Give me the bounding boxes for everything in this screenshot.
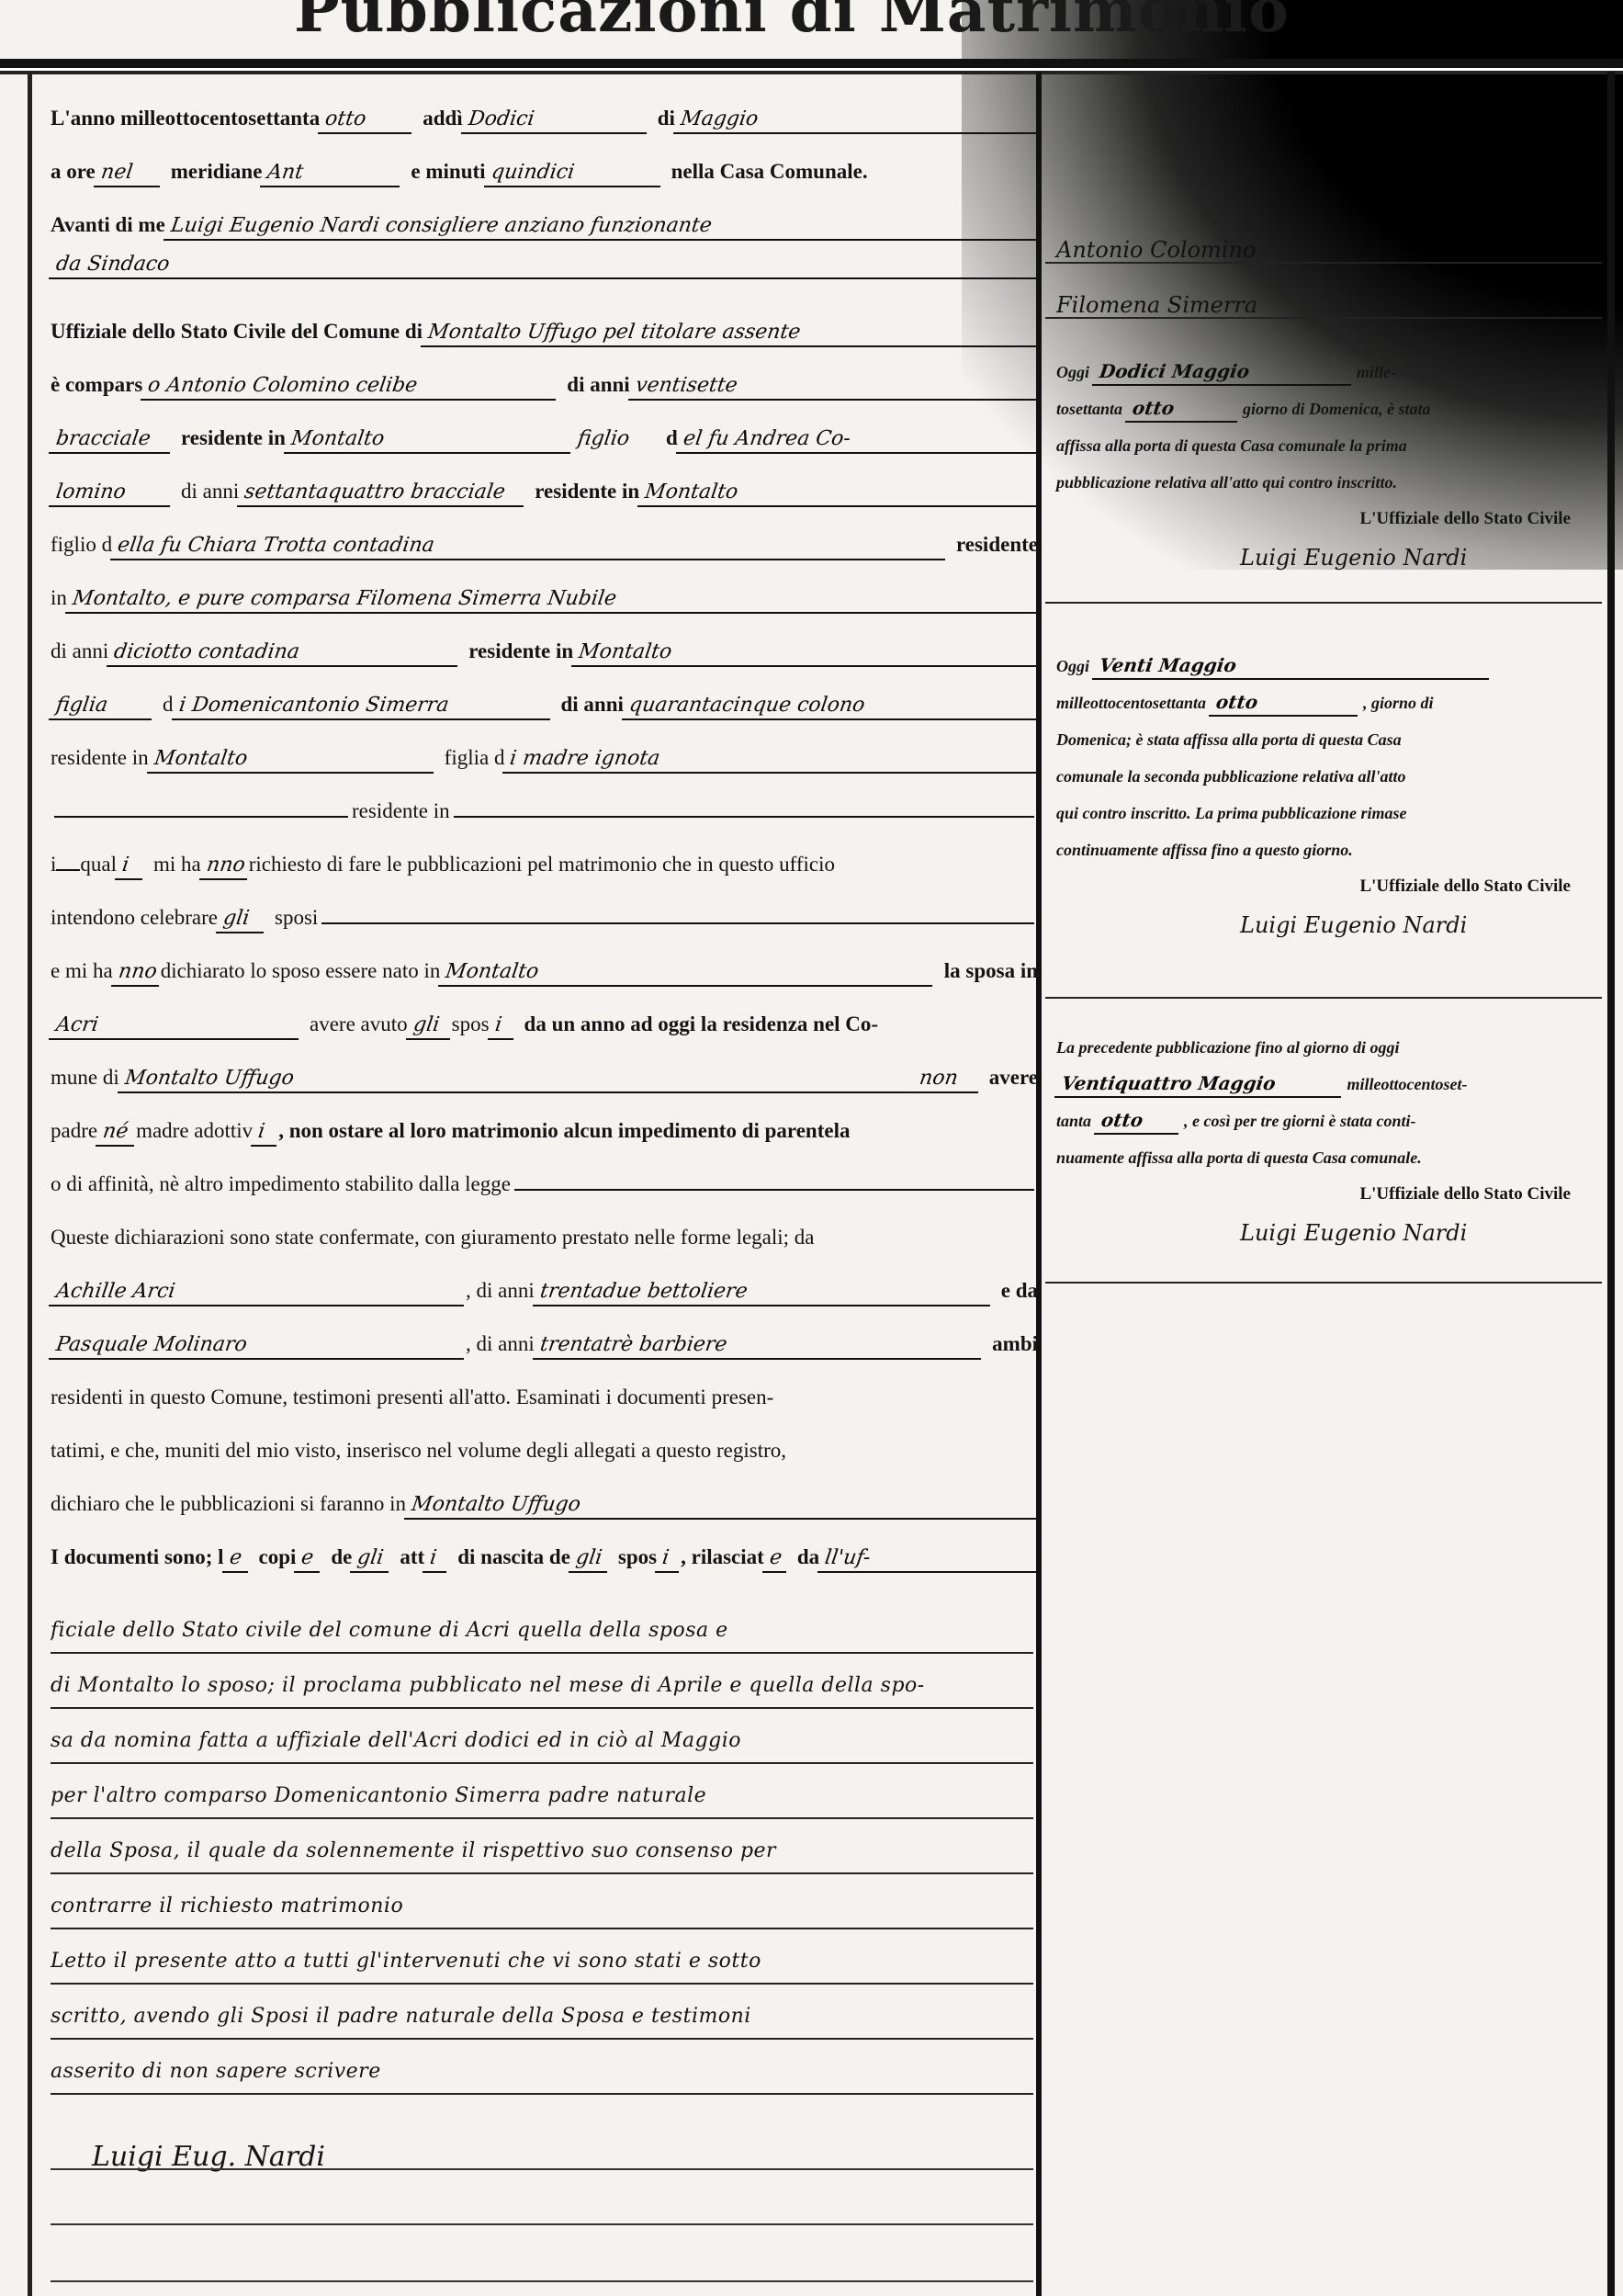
handwritten-groom-occupation: bracciale: [49, 426, 174, 454]
printed-text: d: [163, 678, 174, 731]
ruled-line: [51, 2280, 1033, 2282]
handwritten-text: gli: [350, 1545, 392, 1573]
handwritten-text: ll'uf-: [817, 1545, 1040, 1573]
act-line-affinity: o di affinità, nè altro impedimento stab…: [51, 1158, 1038, 1211]
printed-text: da un anno ad oggi la residenza nel Co-: [524, 998, 879, 1051]
printed-text: Avanti di me: [51, 198, 165, 252]
act-line-bride-mother: residente in Montalto figlia d i madre i…: [51, 731, 1038, 785]
printed-text: è compars: [51, 358, 142, 412]
officer-label: L'Uffiziale dello Stato Civile: [1056, 1176, 1598, 1213]
act-line-bride-father: figlia d i Domenicantonio Simerra di ann…: [51, 678, 1038, 731]
handwritten-officer-name: Luigi Eugenio Nardi consigliere anziano …: [163, 213, 1040, 241]
printed-text: o di affinità, nè altro impedimento stab…: [51, 1158, 511, 1211]
handwritten-text: i: [423, 1545, 450, 1573]
top-rule: [0, 59, 1623, 71]
printed-text: , non ostare al loro matrimonio alcun im…: [278, 1104, 850, 1158]
printed-text: continuamente affissa fino a questo gior…: [1056, 831, 1598, 868]
printed-text: att: [400, 1531, 424, 1584]
notes-line: della Sposa, il quale da solennemente il…: [51, 1819, 1033, 1874]
second-publication: Oggi Venti Maggio milleottocentosettanta…: [1056, 648, 1598, 945]
printed-text: residente in: [181, 412, 286, 465]
handwritten-bride-age: diciotto contadina: [107, 639, 461, 667]
printed-text: milleottocentoset-: [1347, 1075, 1468, 1093]
printed-text: ambi: [992, 1318, 1038, 1371]
printed-text: di anni: [561, 678, 624, 731]
printed-text: avere avuto: [310, 998, 408, 1051]
act-line-celebrate: intendono celebrare gli sposi: [51, 891, 1038, 944]
officer-signature: Luigi Eugenio Nardi: [1056, 1213, 1598, 1253]
printed-text: madre adottiv: [136, 1104, 253, 1158]
act-line-impediment: padre né madre adottiv i , non ostare al…: [51, 1104, 1038, 1158]
printed-text: Oggi: [1056, 657, 1089, 675]
printed-text: milleottocentosettanta: [1056, 694, 1206, 712]
ruled-line: [51, 2223, 1033, 2225]
printed-text: La precedente pubblicazione fino al gior…: [1056, 1029, 1598, 1066]
handwritten-year: otto: [1093, 1107, 1181, 1135]
handwritten-text: e: [221, 1545, 251, 1573]
notes-line: contrarre il richiesto matrimonio: [51, 1874, 1033, 1929]
act-line-witness-1: Achille Arci , di anni trentadue bettoli…: [51, 1264, 1038, 1318]
printed-text: di nascita de: [457, 1531, 570, 1584]
printed-text: qual: [80, 838, 117, 891]
handwritten-groom-name: o Antonio Colomino celibe: [141, 373, 559, 401]
handwritten-year: otto: [1124, 395, 1240, 423]
frame-right-border: [1607, 72, 1615, 2296]
printed-text: tanta: [1056, 1112, 1091, 1130]
sidebar-name-groom: Antonio Colomino: [1056, 237, 1256, 263]
handwritten-text: gli: [569, 1545, 611, 1573]
handwritten-bride-father: i Domenicantonio Simerra: [171, 693, 553, 720]
handwritten-month: Maggio: [673, 107, 1040, 134]
handwritten-year: otto: [318, 107, 415, 134]
printed-text: richiesto di fare le pubblicazioni pel m…: [249, 838, 835, 891]
printed-text: sposi: [275, 891, 318, 944]
handwritten-date: Venti Maggio: [1091, 652, 1492, 680]
printed-text: , di anni: [466, 1264, 535, 1318]
handwritten-officer-role: da Sindaco: [49, 252, 1040, 279]
act-line-time: a ore nel meridiane Ant e minuti quindic…: [51, 145, 1038, 198]
handwritten-comune: Montalto Uffugo pel titolare assente: [421, 320, 1040, 347]
act-line-witnesses-residence: residenti in questo Comune, testimoni pr…: [51, 1371, 1038, 1424]
act-line-officer-cont: da Sindaco: [51, 252, 1038, 305]
officer-label: L'Uffiziale dello Stato Civile: [1056, 868, 1598, 905]
handwritten-year: otto: [1208, 689, 1360, 717]
handwritten-groom-mother: ella fu Chiara Trotta contadina: [110, 533, 949, 560]
notes-line: asserito di non sapere scrivere: [51, 2040, 1033, 2095]
printed-text: nuamente affissa alla porta di questa Ca…: [1056, 1139, 1598, 1176]
printed-text: residente in: [51, 731, 149, 785]
act-line-officer: Avanti di me Luigi Eugenio Nardi consigl…: [51, 198, 1038, 252]
ruled-line: [51, 2168, 1033, 2170]
act-line-groom-mother: figlio d ella fu Chiara Trotta contadina…: [51, 518, 1038, 571]
printed-text: a ore: [51, 145, 96, 198]
page-title: Pubblicazioni di Matrimonio: [294, 0, 1290, 46]
handwritten-bride-name: Montalto, e pure comparsa Filomena Simer…: [65, 586, 1040, 614]
printed-text: dichiaro che le pubblicazioni si faranno…: [51, 1477, 406, 1531]
printed-text: di anni: [51, 625, 108, 678]
notes-line: scritto, avendo gli Sposi il padre natur…: [51, 1985, 1033, 2040]
act-line-year: L'anno milleottocentosettanta otto addì …: [51, 92, 1038, 145]
act-line-request: i qual i mi ha nno richiesto di fare le …: [51, 838, 1038, 891]
printed-text: intendono celebrare: [51, 891, 218, 944]
sidebar-rule: [1045, 602, 1602, 604]
printed-text: figlio d: [51, 518, 112, 571]
printed-text: mune di: [51, 1051, 119, 1104]
printed-text: di: [658, 92, 675, 145]
handwritten-father-age: settantaquattro bracciale: [237, 480, 527, 507]
handwritten-witness-2-age: trentatrè barbiere: [533, 1332, 986, 1360]
notes-line: per l'altro comparso Domenicantonio Sime…: [51, 1764, 1033, 1819]
printed-text: Oggi: [1056, 363, 1089, 381]
handwritten-groom-father: el fu Andrea Co-: [676, 426, 1040, 454]
handwritten-text: gli: [216, 906, 267, 933]
frame-left-border: [28, 72, 32, 2296]
printed-text: e mi ha: [51, 944, 113, 998]
handwritten-text: i: [487, 1012, 516, 1040]
act-line-residence: Acri avere avuto gli spos i da un anno a…: [51, 998, 1038, 1051]
act-line-groom: è compars o Antonio Colomino celibe di a…: [51, 358, 1038, 412]
printed-text: avere: [989, 1051, 1038, 1104]
printed-text: Domenica; è stata affissa alla porta di …: [1056, 721, 1598, 758]
act-line-oath: Queste dichiarazioni sono state conferma…: [51, 1211, 1038, 1264]
handwritten-date: Ventiquattro Maggio: [1054, 1070, 1345, 1098]
handwritten-text: i: [115, 853, 146, 880]
handwritten-groom-birthplace: Montalto: [438, 959, 937, 987]
printed-text: copi: [259, 1531, 297, 1584]
handwritten-text: figlio: [570, 426, 668, 452]
printed-text: dichiarato lo sposo essere nato in: [161, 944, 441, 998]
notes-line: Letto il presente atto a tutti gl'interv…: [51, 1929, 1033, 1985]
printed-text: e minuti: [411, 145, 485, 198]
notes-line: di Montalto lo sposo; il proclama pubbli…: [51, 1654, 1033, 1709]
handwritten-bride-birthplace: Acri: [49, 1012, 302, 1040]
act-line-groom-father: lomino di anni settantaquattro bracciale…: [51, 465, 1038, 518]
printed-text: spos: [452, 998, 490, 1051]
printed-text: Queste dichiarazioni sono state conferma…: [51, 1211, 815, 1264]
printed-text: residente: [956, 518, 1038, 571]
handwritten-text: e: [762, 1545, 790, 1573]
printed-text: la sposa in: [944, 944, 1038, 998]
printed-text: mille-: [1357, 363, 1396, 381]
printed-text: figlia d: [445, 731, 505, 785]
sidebar-rule: [1045, 262, 1602, 264]
printed-text: qui contro inscritto. La prima pubblicaz…: [1056, 795, 1598, 831]
sidebar-rule: [1045, 997, 1602, 999]
printed-text: residente in: [352, 785, 450, 838]
printed-text: d: [666, 412, 678, 465]
printed-text: di anni: [567, 358, 629, 412]
handwritten-text: i: [251, 1119, 280, 1147]
act-line-comune: Uffiziale dello Stato Civile del Comune …: [51, 305, 1038, 358]
first-publication: Oggi Dodici Maggio mille- tosettanta ott…: [1056, 354, 1598, 578]
final-publication: La precedente pubblicazione fino al gior…: [1056, 1029, 1598, 1253]
act-line-bride: in Montalto, e pure comparsa Filomena Si…: [51, 571, 1038, 625]
handwritten-minutes: quindici: [483, 160, 663, 187]
handwritten-groom-residence: Montalto: [284, 426, 574, 454]
handwritten-text: lomino: [49, 480, 174, 507]
handwritten-father-residence: Montalto: [637, 480, 1040, 507]
act-line-bride-age: di anni diciotto contadina residente in …: [51, 625, 1038, 678]
printed-text: addì: [423, 92, 462, 145]
printed-text: mi ha: [153, 838, 201, 891]
printed-text: , di anni: [466, 1318, 535, 1371]
handwritten-text: nno: [199, 853, 251, 880]
printed-text: giorno di Domenica, è stata: [1243, 400, 1431, 418]
sidebar-rule: [1045, 317, 1602, 319]
printed-text: comunale la seconda pubblicazione relati…: [1056, 758, 1598, 795]
notes-line: ficiale dello Stato civile del comune di…: [51, 1599, 1033, 1654]
handwritten-groom-age: ventisette: [628, 373, 1041, 401]
handwritten-bride-residence: Montalto: [571, 639, 1040, 667]
printed-text: residente in: [535, 465, 639, 518]
printed-text: pubblicazione relativa all'atto qui cont…: [1056, 464, 1598, 501]
printed-text: i: [51, 838, 56, 891]
handwritten-text: e: [294, 1545, 323, 1573]
handwritten-text: non: [912, 1066, 982, 1093]
printed-text: meridiane: [171, 145, 263, 198]
act-line-documents: tatimi, e che, muniti del mio visto, ins…: [51, 1424, 1038, 1477]
printed-text: tatimi, e che, muniti del mio visto, ins…: [51, 1424, 786, 1477]
act-line-publication-place: dichiaro che le pubblicazioni si faranno…: [51, 1477, 1038, 1531]
printed-text: padre: [51, 1104, 97, 1158]
handwritten-residence-comune: Montalto Uffugo: [118, 1066, 916, 1093]
handwritten-notes: ficiale dello Stato civile del comune di…: [51, 1599, 1033, 2095]
handwritten-text: [56, 869, 80, 871]
handwritten-meridian: Ant: [260, 160, 403, 187]
printed-text: affissa alla porta di questa Casa comuna…: [1056, 427, 1598, 464]
sidebar-rule: [1045, 1282, 1602, 1284]
printed-text: de: [331, 1531, 352, 1584]
handwritten-text: gli: [406, 1012, 454, 1040]
handwritten-bride-father-age: quarantacinque colono: [622, 693, 1040, 720]
printed-text: da: [797, 1531, 819, 1584]
handwritten-text: Montalto: [147, 746, 437, 774]
handwritten-text: nno: [111, 959, 163, 987]
act-line-documents-list: I documenti sono; l e copi e de gli att …: [51, 1531, 1038, 1584]
handwritten-day: Dodici: [461, 107, 650, 134]
printed-text: tosettanta: [1056, 400, 1122, 418]
act-line-birthplace: e mi ha nno dichiarato lo sposo essere n…: [51, 944, 1038, 998]
handwritten-text: figlia: [49, 693, 155, 720]
act-line-comune-residence: mune di Montalto Uffugo non avere: [51, 1051, 1038, 1104]
handwritten-text: i: [655, 1545, 682, 1573]
act-line-empty-residence: residente in: [51, 785, 1038, 838]
handwritten-text: né: [96, 1119, 138, 1147]
handwritten-witness-2-name: Pasquale Molinaro: [49, 1332, 468, 1360]
officer-signature: Luigi Eugenio Nardi: [1056, 905, 1598, 945]
act-line-witness-2: Pasquale Molinaro , di anni trentatrè ba…: [51, 1318, 1038, 1371]
act-body: L'anno milleottocentosettanta otto addì …: [51, 92, 1038, 1584]
officer-signature: Luigi Eugenio Nardi: [1056, 537, 1598, 578]
notes-line: sa da nomina fatta a uffiziale dell'Acri…: [51, 1709, 1033, 1764]
printed-text: nella Casa Comunale.: [671, 145, 868, 198]
handwritten-hour: nel: [94, 160, 163, 187]
printed-text: residente in: [468, 625, 573, 678]
act-line-groom-residence: bracciale residente in Montalto figlio d…: [51, 412, 1038, 465]
handwritten-bride-mother: i madre ignota: [502, 746, 1040, 774]
handwritten-witness-1-age: trentadue bettoliere: [533, 1279, 994, 1306]
printed-text: I documenti sono; l: [51, 1531, 224, 1584]
printed-text: e da: [1001, 1264, 1038, 1318]
printed-text: di anni: [181, 465, 239, 518]
printed-text: , e così per tre giorni è stata conti-: [1184, 1112, 1415, 1130]
printed-text: residenti in questo Comune, testimoni pr…: [51, 1371, 773, 1424]
printed-text: L'anno milleottocentosettanta: [51, 92, 320, 145]
printed-text: in: [51, 571, 67, 625]
handwritten-date: Dodici Maggio: [1091, 358, 1354, 386]
printed-text: Uffiziale dello Stato Civile del Comune …: [51, 305, 423, 358]
printed-text: , rilasciat: [681, 1531, 764, 1584]
sidebar-name-bride: Filomena Simerra: [1056, 292, 1257, 318]
printed-text: spos: [618, 1531, 657, 1584]
handwritten-witness-1-name: Achille Arci: [49, 1279, 468, 1306]
printed-text: , giorno di: [1363, 694, 1434, 712]
officer-label: L'Uffiziale dello Stato Civile: [1056, 501, 1598, 537]
handwritten-publication-place: Montalto Uffugo: [404, 1492, 1040, 1520]
